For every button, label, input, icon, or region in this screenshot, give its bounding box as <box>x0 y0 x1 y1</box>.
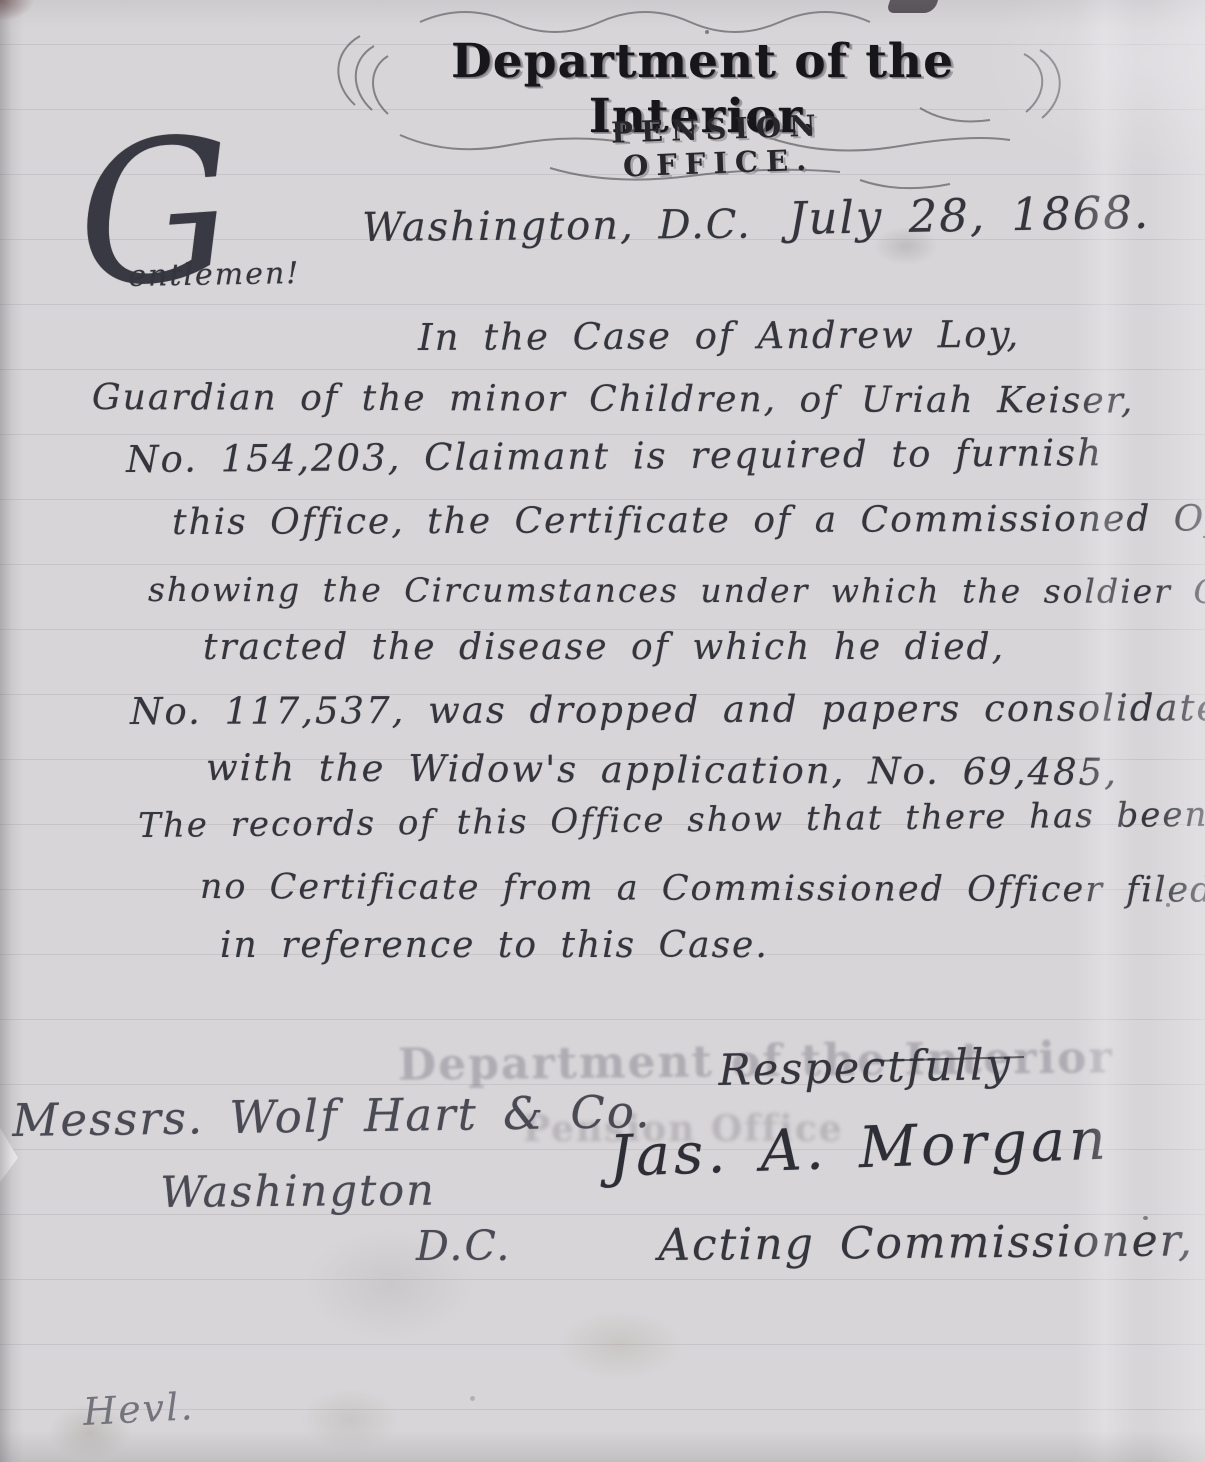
closing-title: Acting Commissioner, <box>658 1217 1194 1270</box>
dateline-place: Washington, D.C. <box>362 203 752 250</box>
letterhead-office: PENSION OFFICE. <box>507 105 929 188</box>
body-line: Guardian of the minor Children, of Uriah… <box>92 378 1135 421</box>
salutation: entlemen! <box>128 257 301 293</box>
scan-edge-mark <box>886 0 938 13</box>
ink-speck <box>470 1396 475 1401</box>
ink-speck <box>1143 1216 1148 1220</box>
body-line: No. 154,203, Claimant is required to fur… <box>126 433 1103 481</box>
closing-respectfully: Respectfully <box>718 1042 1013 1095</box>
body-line: tracted the disease of which he died, <box>203 628 1005 668</box>
body-line: this Office, the Certificate of a Commis… <box>172 499 1205 543</box>
body-line: In the Case of Andrew Loy, <box>418 315 1020 359</box>
address-city: Washington <box>160 1168 436 1218</box>
body-line: No. 117,537, was dropped and papers cons… <box>130 688 1205 733</box>
body-line: showing the Circumstances under which th… <box>148 572 1205 610</box>
scan-edge-mark <box>0 0 52 34</box>
ink-speck <box>1166 903 1170 907</box>
body-line: with the Widow's application, No. 69,485… <box>206 748 1118 793</box>
ink-speck <box>705 30 709 34</box>
letter-page: Department of the Interior. PENSION OFFI… <box>0 0 1205 1462</box>
body-line: no Certificate from a Commissioned Offic… <box>200 868 1205 910</box>
dateline-date: July 28, 1868. <box>788 188 1151 244</box>
address-recipient: Messrs. Wolf Hart & Co. <box>12 1087 652 1145</box>
address-dc: D.C. <box>416 1224 511 1269</box>
body-line: in reference to this Case. <box>220 926 769 966</box>
clerk-initials: Hevl. <box>82 1386 195 1434</box>
signature: Jas. A. Morgan <box>608 1109 1111 1189</box>
body-line: The records of this Office show that the… <box>138 797 1205 846</box>
